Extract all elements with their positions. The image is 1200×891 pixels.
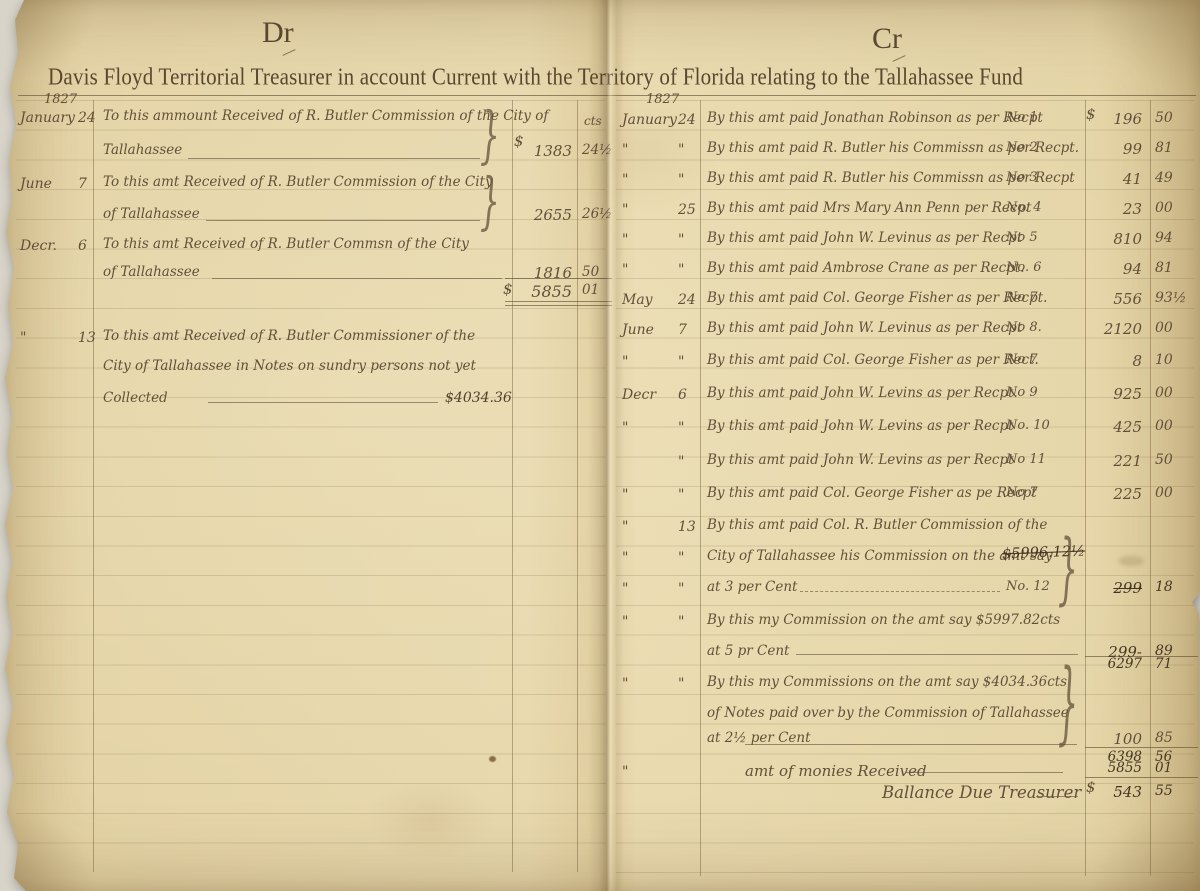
amount-cents: 00: [1155, 485, 1173, 501]
entry-text: of Notes paid over by the Commission of …: [707, 705, 1069, 721]
ledger-row: Decr6By this amt paid John W. Levins as …: [0, 383, 1200, 413]
sum-rule: [1085, 747, 1198, 748]
receipt-number: No 11: [1006, 452, 1046, 467]
entry-text: Ballance Due Treasurer: [882, 783, 1081, 802]
amount-dollars: 99: [1090, 140, 1142, 158]
entry-day: 24: [678, 292, 696, 308]
ledger-row: ""at 3 per CentNo. 1229918: [0, 577, 1200, 607]
ledger-row: ""By this amt paid John W. Levins as per…: [0, 416, 1200, 446]
subtotal-dollars: 6297: [1090, 656, 1142, 672]
amount-cents: 10: [1155, 352, 1173, 368]
dash-fill: [905, 772, 1063, 773]
entry-day: 25: [678, 202, 696, 218]
receipt-number: No 8.: [1006, 320, 1042, 335]
entry-month: ": [622, 354, 628, 370]
receipt-number: No 7: [1006, 352, 1038, 367]
amount-dollars: 221: [1090, 452, 1142, 470]
entry-day: ": [678, 581, 684, 597]
amount-cents: 00: [1155, 200, 1173, 216]
subtotal-cents: 71: [1155, 656, 1172, 672]
entry-month: May: [622, 292, 653, 308]
amount-dollars: 2120: [1090, 320, 1142, 338]
entry-month: ": [622, 487, 628, 503]
dash-fill: [796, 654, 1078, 655]
entry-day: ": [678, 262, 684, 278]
entry-text: By this amt paid Mrs Mary Ann Penn per R…: [707, 200, 1031, 216]
entry-day: ": [678, 172, 684, 188]
ledger-row: ""By this amt paid Col. George Fisher as…: [0, 350, 1200, 380]
entry-month: ": [622, 581, 628, 597]
ledger-row: ""City of Tallahassee his Commission on …: [0, 546, 1200, 576]
amount-cents: 49: [1155, 170, 1173, 186]
credit-header-flourish: [892, 55, 905, 62]
receipt-number: No 1: [1006, 110, 1038, 125]
amount-dollars: 23: [1090, 200, 1142, 218]
entry-text: By this amt paid Ambrose Crane as per Re…: [707, 260, 1025, 276]
entry-text: By this my Commission on the amt say $59…: [707, 612, 1060, 628]
receipt-number: No. 4: [1006, 200, 1042, 215]
entry-text: By this amt paid John W. Levinus as per …: [707, 320, 1022, 336]
amount-dollars: 810: [1090, 230, 1142, 248]
amount-cents: 85: [1155, 730, 1173, 746]
entry-month: ": [622, 420, 628, 436]
amount-cents: 93½: [1155, 290, 1186, 306]
scanned-ledger: Dr Cr Davis Floyd Territorial Treasurer …: [0, 0, 1200, 891]
amount-cents: 55: [1155, 783, 1173, 799]
amount-cents: 18: [1155, 579, 1173, 595]
debit-header-flourish: [282, 49, 295, 56]
ledger-row: ""By this my Commission on the amt say $…: [0, 610, 1200, 640]
entry-month: ": [622, 262, 628, 278]
amount-dollars: 543: [1090, 783, 1142, 801]
ledger-row: ""By this my Commissions on the amt say …: [0, 672, 1200, 702]
entry-text: By this amt paid Col. George Fisher as p…: [707, 485, 1037, 501]
entry-month: Decr: [622, 387, 656, 403]
receipt-number: No 3: [1006, 170, 1038, 185]
entry-day: ": [678, 420, 684, 436]
entry-text: City of Tallahassee his Commission on th…: [707, 548, 1053, 564]
ledger-row: ""By this amt paid Col. George Fisher as…: [0, 483, 1200, 513]
entry-text: By this amt paid Jonathan Robinson as pe…: [707, 110, 1043, 126]
amount-dollars: 196: [1090, 110, 1142, 128]
amount-cents: 94: [1155, 230, 1173, 246]
ledger-row: ""By this amt paid R. Butler his Commiss…: [0, 138, 1200, 168]
amount-dollars: 8: [1090, 352, 1142, 370]
entry-text: at 3 per Cent: [707, 579, 797, 595]
amount-cents: 01: [1155, 760, 1172, 776]
sum-rule: [1085, 656, 1198, 657]
sum-rule: [1085, 777, 1198, 778]
balance-row: Ballance Due Treasurer$54355: [0, 781, 1200, 811]
entry-text: By this amt paid John W. Levins as per R…: [707, 418, 1014, 434]
curly-brace: }: [1058, 658, 1078, 748]
dash-fill: [745, 744, 1077, 745]
entry-text: By this amt paid John W. Levins as per R…: [707, 452, 1014, 468]
amount-cents: 81: [1155, 260, 1173, 276]
entry-month: ": [622, 614, 628, 630]
entry-month: ": [622, 202, 628, 218]
receipt-number: No 7: [1006, 290, 1038, 305]
amount-dollars: 41: [1090, 170, 1142, 188]
entry-text: By this amt paid John W. Levinus as per …: [707, 230, 1022, 246]
receipt-number: No. 10: [1006, 418, 1050, 433]
amount-dollars: 925: [1090, 385, 1142, 403]
amount-cents: 81: [1155, 140, 1173, 156]
entry-text: By this amt paid John W. Levins as per R…: [707, 385, 1018, 401]
amount-cents: 50: [1155, 110, 1173, 126]
ledger-row: January24By this amt paid Jonathan Robin…: [0, 108, 1200, 138]
receipt-number: No 7: [1006, 485, 1038, 500]
entry-day: ": [678, 142, 684, 158]
amount-dollars: 94: [1090, 260, 1142, 278]
ledger-sheet: Dr Cr Davis Floyd Territorial Treasurer …: [0, 0, 1200, 891]
entry-month: January: [622, 112, 677, 128]
ledger-row: "13By this amt paid Col. R. Butler Commi…: [0, 515, 1200, 545]
receipt-number: No. 12: [1006, 579, 1050, 594]
entry-text: By this amt paid Col. R. Butler Commissi…: [707, 517, 1047, 533]
entry-day: ": [678, 487, 684, 503]
receipt-number: No 9: [1006, 385, 1038, 400]
entry-day: 24: [678, 112, 696, 128]
receipt-number: No. 6: [1006, 260, 1042, 275]
entry-month: June: [622, 322, 654, 338]
curly-brace: }: [1058, 530, 1078, 608]
entry-day: 7: [678, 322, 687, 338]
entry-day: 13: [678, 519, 696, 535]
amount-dollars: 225: [1090, 485, 1142, 503]
debit-header: Dr: [262, 16, 294, 50]
entry-month: ": [622, 142, 628, 158]
entry-day: ": [678, 676, 684, 692]
title-underline: [18, 95, 1196, 96]
entry-text: amt of monies Received: [745, 762, 927, 780]
entry-day: ": [678, 232, 684, 248]
entry-month: ": [622, 172, 628, 188]
amount-cents: 00: [1155, 418, 1173, 434]
entry-day: 6: [678, 387, 687, 403]
entry-month: ": [622, 676, 628, 692]
entry-month: ": [622, 764, 628, 780]
amount-dollars: 100: [1090, 730, 1142, 748]
ledger-row: "25By this amt paid Mrs Mary Ann Penn pe…: [0, 198, 1200, 228]
amount-cents: 00: [1155, 320, 1173, 336]
amount-dollars: 5855: [1090, 760, 1142, 776]
entry-text: By this amt paid Col. George Fisher as p…: [707, 290, 1047, 306]
ledger-row: June7By this amt paid John W. Levinus as…: [0, 318, 1200, 348]
ledger-row: ""By this amt paid Ambrose Crane as per …: [0, 258, 1200, 288]
ledger-row: ""By this amt paid R. Butler his Commiss…: [0, 168, 1200, 198]
entry-month: ": [622, 232, 628, 248]
amount-dollars: 425: [1090, 418, 1142, 436]
entry-month: ": [622, 550, 628, 566]
entry-text: By this amt paid Col. George Fisher as p…: [707, 352, 1039, 368]
ledger-row: "By this amt paid John W. Levins as per …: [0, 450, 1200, 480]
credit-header: Cr: [872, 22, 902, 56]
year-label-right: 1827: [646, 92, 679, 107]
entry-day: ": [678, 354, 684, 370]
page-title: Davis Floyd Territorial Treasurer in acc…: [48, 62, 1023, 92]
amount-cents: 00: [1155, 385, 1173, 401]
year-label-left: 1827: [44, 92, 77, 107]
receipt-number: No 2: [1006, 140, 1038, 155]
ledger-row: ""By this amt paid John W. Levinus as pe…: [0, 228, 1200, 258]
entry-text: By this my Commissions on the amt say $4…: [707, 674, 1067, 690]
receipt-number: No 5: [1006, 230, 1038, 245]
ledger-row: May24By this amt paid Col. George Fisher…: [0, 288, 1200, 318]
amount-cents: 50: [1155, 452, 1173, 468]
ink-spot: [489, 756, 496, 762]
entry-day: ": [678, 454, 684, 470]
entry-month: ": [622, 519, 628, 535]
smudge: [1118, 556, 1144, 566]
dash-fill: [1036, 796, 1078, 797]
amount-dollars: 299: [1090, 579, 1142, 597]
entry-day: ": [678, 614, 684, 630]
dash-fill: [800, 591, 1000, 592]
amount-dollars: 556: [1090, 290, 1142, 308]
entry-day: ": [678, 550, 684, 566]
